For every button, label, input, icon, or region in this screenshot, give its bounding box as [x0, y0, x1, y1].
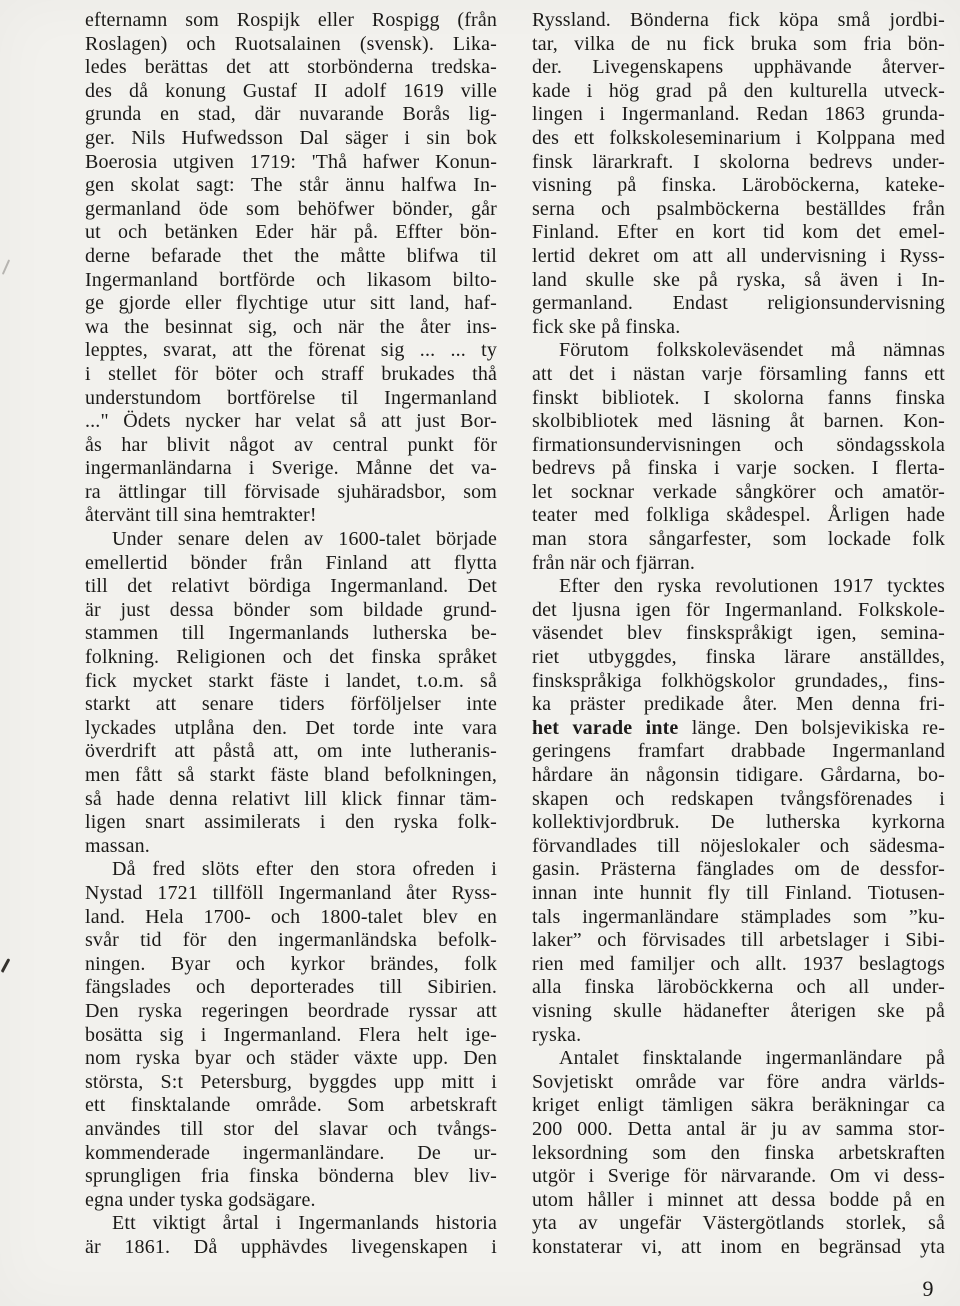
text-line: land skulle ske på ryska, så även i In- [532, 269, 945, 293]
text-line: tals ingermanländare stämplades som ”ku- [532, 906, 945, 930]
text-line: till det relativt bördiga Ingermanland. … [85, 575, 497, 599]
text-line: egna under tyska godsägare. [85, 1189, 497, 1213]
text-line: skapen och redskapen tvångsförenades i [532, 788, 945, 812]
text-line: lepptes, svarat, att the förenat sig ...… [85, 339, 497, 363]
text-line: ningen. Byar och kyrkor brändes, folk [85, 953, 497, 977]
text-line: Roslagen) och Ruotsalainen (svensk). Lik… [85, 33, 497, 57]
text-line: så hade denna relativt lill klick finnar… [85, 788, 497, 812]
text-line: ligen snart assimilerats i den ryska fol… [85, 811, 497, 835]
text-line: nom ryska byar och städer växte upp. Den [85, 1047, 497, 1071]
text-line: ut och betänken Eder här på. Effter bön- [85, 221, 497, 245]
text-line: i stellet för böter och straff brukades … [85, 363, 497, 387]
text-line: Den ryska regeringen beordrade ryssar at… [85, 1000, 497, 1024]
text-line: väsendet blev finskspråkigt igen, semina… [532, 622, 945, 646]
bold-text-segment: het varade inte [532, 717, 692, 739]
text-line: ger. Nils Hufwedsson Dal säger i sin bok [85, 127, 497, 151]
text-line: men fått så starkt fäste bland befolknin… [85, 764, 497, 788]
text-line: svår tid för den ingermanländska befolk- [85, 929, 497, 953]
text-line: lingen i Ingermanland. Redan 1863 grunda… [532, 103, 945, 127]
text-line: Förutom folkskoleväsendet må nämnas [532, 339, 945, 363]
text-line: der. Livegenskapens upphävande återver- [532, 56, 945, 80]
text-line: Boerosia utgiven 1719: 'Thå hafwer Konun… [85, 151, 497, 175]
text-line: yta av ungefär Västergötlands storlek, s… [532, 1212, 945, 1236]
text-line: kollektivjordbruk. De lutherska kyrkorna [532, 811, 945, 835]
text-line: är just dessa bönder som bildade grund- [85, 599, 497, 623]
margin-mark-dark-icon [1, 958, 11, 973]
text-line: gen skolat sagt: The står ännu halfwa In… [85, 174, 497, 198]
text-line: det ljusna igen för Ingermanland. Folksk… [532, 599, 945, 623]
text-line: het varade inte länge. Den bolsjevikiska… [532, 717, 945, 741]
text-line: man stora sångarfester, som lockade folk [532, 528, 945, 552]
text-line: fick mycket starkt fäste i landet, t.o.m… [85, 670, 497, 694]
right-text-column: Ryssland. Bönderna fick köpa små jordbi-… [532, 9, 945, 1259]
text-line: geringens framfart drabbade Ingermanland [532, 740, 945, 764]
text-line: visning på finska. Läroböckerna, kateke- [532, 174, 945, 198]
text-line: sprungligen fria finska bönderna blev li… [85, 1165, 497, 1189]
text-line: Ingermanland bortförde och likasom bilto… [85, 269, 497, 293]
text-line: ledes berättas det att storbönderna tred… [85, 56, 497, 80]
text-line: germanland. Endast religionsundervisning [532, 292, 945, 316]
text-line: land. Hela 1700- och 1800-talet blev en [85, 906, 497, 930]
text-line: kade i hög grad på den kulturella utveck… [532, 80, 945, 104]
text-line: ra ättlingar till förvisade sjuhäradsbor… [85, 481, 497, 505]
text-line: tar, vilka de nu fick bruka som fria bön… [532, 33, 945, 57]
text-line: kommenderade ingermanländare. De ur- [85, 1142, 497, 1166]
text-line: riet utbyggdes, finska lärare anställdes… [532, 646, 945, 670]
text-line: starkt att senare tiders förföljelser in… [85, 693, 497, 717]
text-line: leksordning som den finska arbetskraften [532, 1142, 945, 1166]
text-line: Antalet finsktalande ingermanländare på [532, 1047, 945, 1071]
text-line: att det i nästan varje församling fanns … [532, 363, 945, 387]
text-line: ..." Ödets nycker har velat så att just … [85, 410, 497, 434]
text-line: firmationsundervisningen och söndagsskol… [532, 434, 945, 458]
text-line: finskspråkiga folkhögskolor grundades,, … [532, 670, 945, 694]
text-line: kriget enligt tämligen säkra beräkningar… [532, 1094, 945, 1118]
text-line: ka präster predikade åter. Men denna fri… [532, 693, 945, 717]
text-line: ett finsktalande område. Som arbetskraft [85, 1094, 497, 1118]
text-line: Efter den ryska revolutionen 1917 tyckte… [532, 575, 945, 599]
text-line: utgör i Sverige för närvarande. Om vi de… [532, 1165, 945, 1189]
text-line: utom håller i minnet att dessa bodde på … [532, 1189, 945, 1213]
text-line: ryska. [532, 1024, 945, 1048]
text-line: skolbibliotek med läsning åt barnen. Kon… [532, 410, 945, 434]
text-line: överdrift att påstå att, om inte luthera… [85, 740, 497, 764]
text-line: alla finska läroböckkerna och all under- [532, 976, 945, 1000]
text-line: hårdare än någonsin tidigare. Gårdarna, … [532, 764, 945, 788]
text-line: förvandlades till nöjeslokaler och sädes… [532, 835, 945, 859]
text-line: användes till stor del slavar och tvångs… [85, 1118, 497, 1142]
text-line: grunda en stad, där nuvarande Borås lig- [85, 103, 497, 127]
text-line: des då konung Gustaf II adolf 1619 ville [85, 80, 497, 104]
text-line: massan. [85, 835, 497, 859]
text-line: des ett folkskoleseminarium i Kolppana m… [532, 127, 945, 151]
text-line: gasin. Prästerna fänglades om de dessfor… [532, 858, 945, 882]
text-line: stammen till Ingermanlands lutherska be- [85, 622, 497, 646]
text-line: Nystad 1721 tillföll Ingermanland åter R… [85, 882, 497, 906]
text-line: serna och psalmböckerna beställdes från [532, 198, 945, 222]
text-line: finsk lärarkraft. I skolorna bedrevs und… [532, 151, 945, 175]
text-line: lertid dekret om att all undervisning i … [532, 245, 945, 269]
text-line: ge gjorde eller flychtige utur sitt land… [85, 292, 497, 316]
text-line: ingermanländarna i Sverige. Månne det va… [85, 457, 497, 481]
text-line: bedrevs på finska i varje socken. I fler… [532, 457, 945, 481]
text-line: derne befarade thet the måtte blifwa til [85, 245, 497, 269]
text-line: finskt bibliotek. I skolorna fanns finsk… [532, 387, 945, 411]
text-line: understundom bortförelse til Ingermanlan… [85, 387, 497, 411]
left-text-column: efternamn som Rospijk eller Rospigg (frå… [85, 9, 497, 1259]
text-line: innan inte hunnit fly till Finland. Tiot… [532, 882, 945, 906]
text-line: bosätta sig i Ingermanland. Flera helt i… [85, 1024, 497, 1048]
text-line: Finland. Efter en kort tid kom det emel- [532, 221, 945, 245]
text-line: fick ske på finska. [532, 316, 945, 340]
text-line: laker” och förvisades till arbetslager i… [532, 929, 945, 953]
text-line: germanland öde som behöfwer bönder, går [85, 198, 497, 222]
text-line: Ryssland. Bönderna fick köpa små jordbi- [532, 9, 945, 33]
text-line: från när och fjärran. [532, 552, 945, 576]
text-line: är 1861. Då upphävdes livegenskapen i [85, 1236, 497, 1260]
text-line: folkning. Religionen och det finska språ… [85, 646, 497, 670]
text-line: visning skulle hädanefter återigen ske p… [532, 1000, 945, 1024]
text-line: Ett viktigt årtal i Ingermanlands histor… [85, 1212, 497, 1236]
text-line: Sovjetiskt område var före andra världs- [532, 1071, 945, 1095]
book-page: efternamn som Rospijk eller Rospigg (frå… [0, 0, 960, 1306]
text-line: 200 000. Detta antal är ju av samma stor… [532, 1118, 945, 1142]
page-number: 9 [908, 1276, 948, 1302]
text-line: Under senare delen av 1600-talet började [85, 528, 497, 552]
text-line: största, S:t Petersburg, byggdes upp mit… [85, 1071, 497, 1095]
text-line: fängslades och deporterades till Sibirie… [85, 976, 497, 1000]
text-line: lyckades utplåna den. Det torde inte var… [85, 717, 497, 741]
text-line: emellertid bönder från Finland att flytt… [85, 552, 497, 576]
text-line: ås har blivit något av central punkt för [85, 434, 497, 458]
text-line: let socknar verkade sångkörer och amatör… [532, 481, 945, 505]
text-segment: länge. Den bolsjevikiska re- [692, 717, 945, 739]
margin-mark-light-icon [2, 259, 10, 274]
text-line: Då fred slöts efter den stora ofreden i [85, 858, 497, 882]
text-line: konstaterar vi, att inom en begränsad yt… [532, 1236, 945, 1260]
text-line: rien med familjer och allt. 1937 beslagt… [532, 953, 945, 977]
text-line: efternamn som Rospijk eller Rospigg (frå… [85, 9, 497, 33]
text-line: återvänt till sina hemtrakter! [85, 504, 497, 528]
text-line: wa the besinnat sig, och när the åter in… [85, 316, 497, 340]
text-line: teater med folkliga skådespel. Årligen h… [532, 504, 945, 528]
